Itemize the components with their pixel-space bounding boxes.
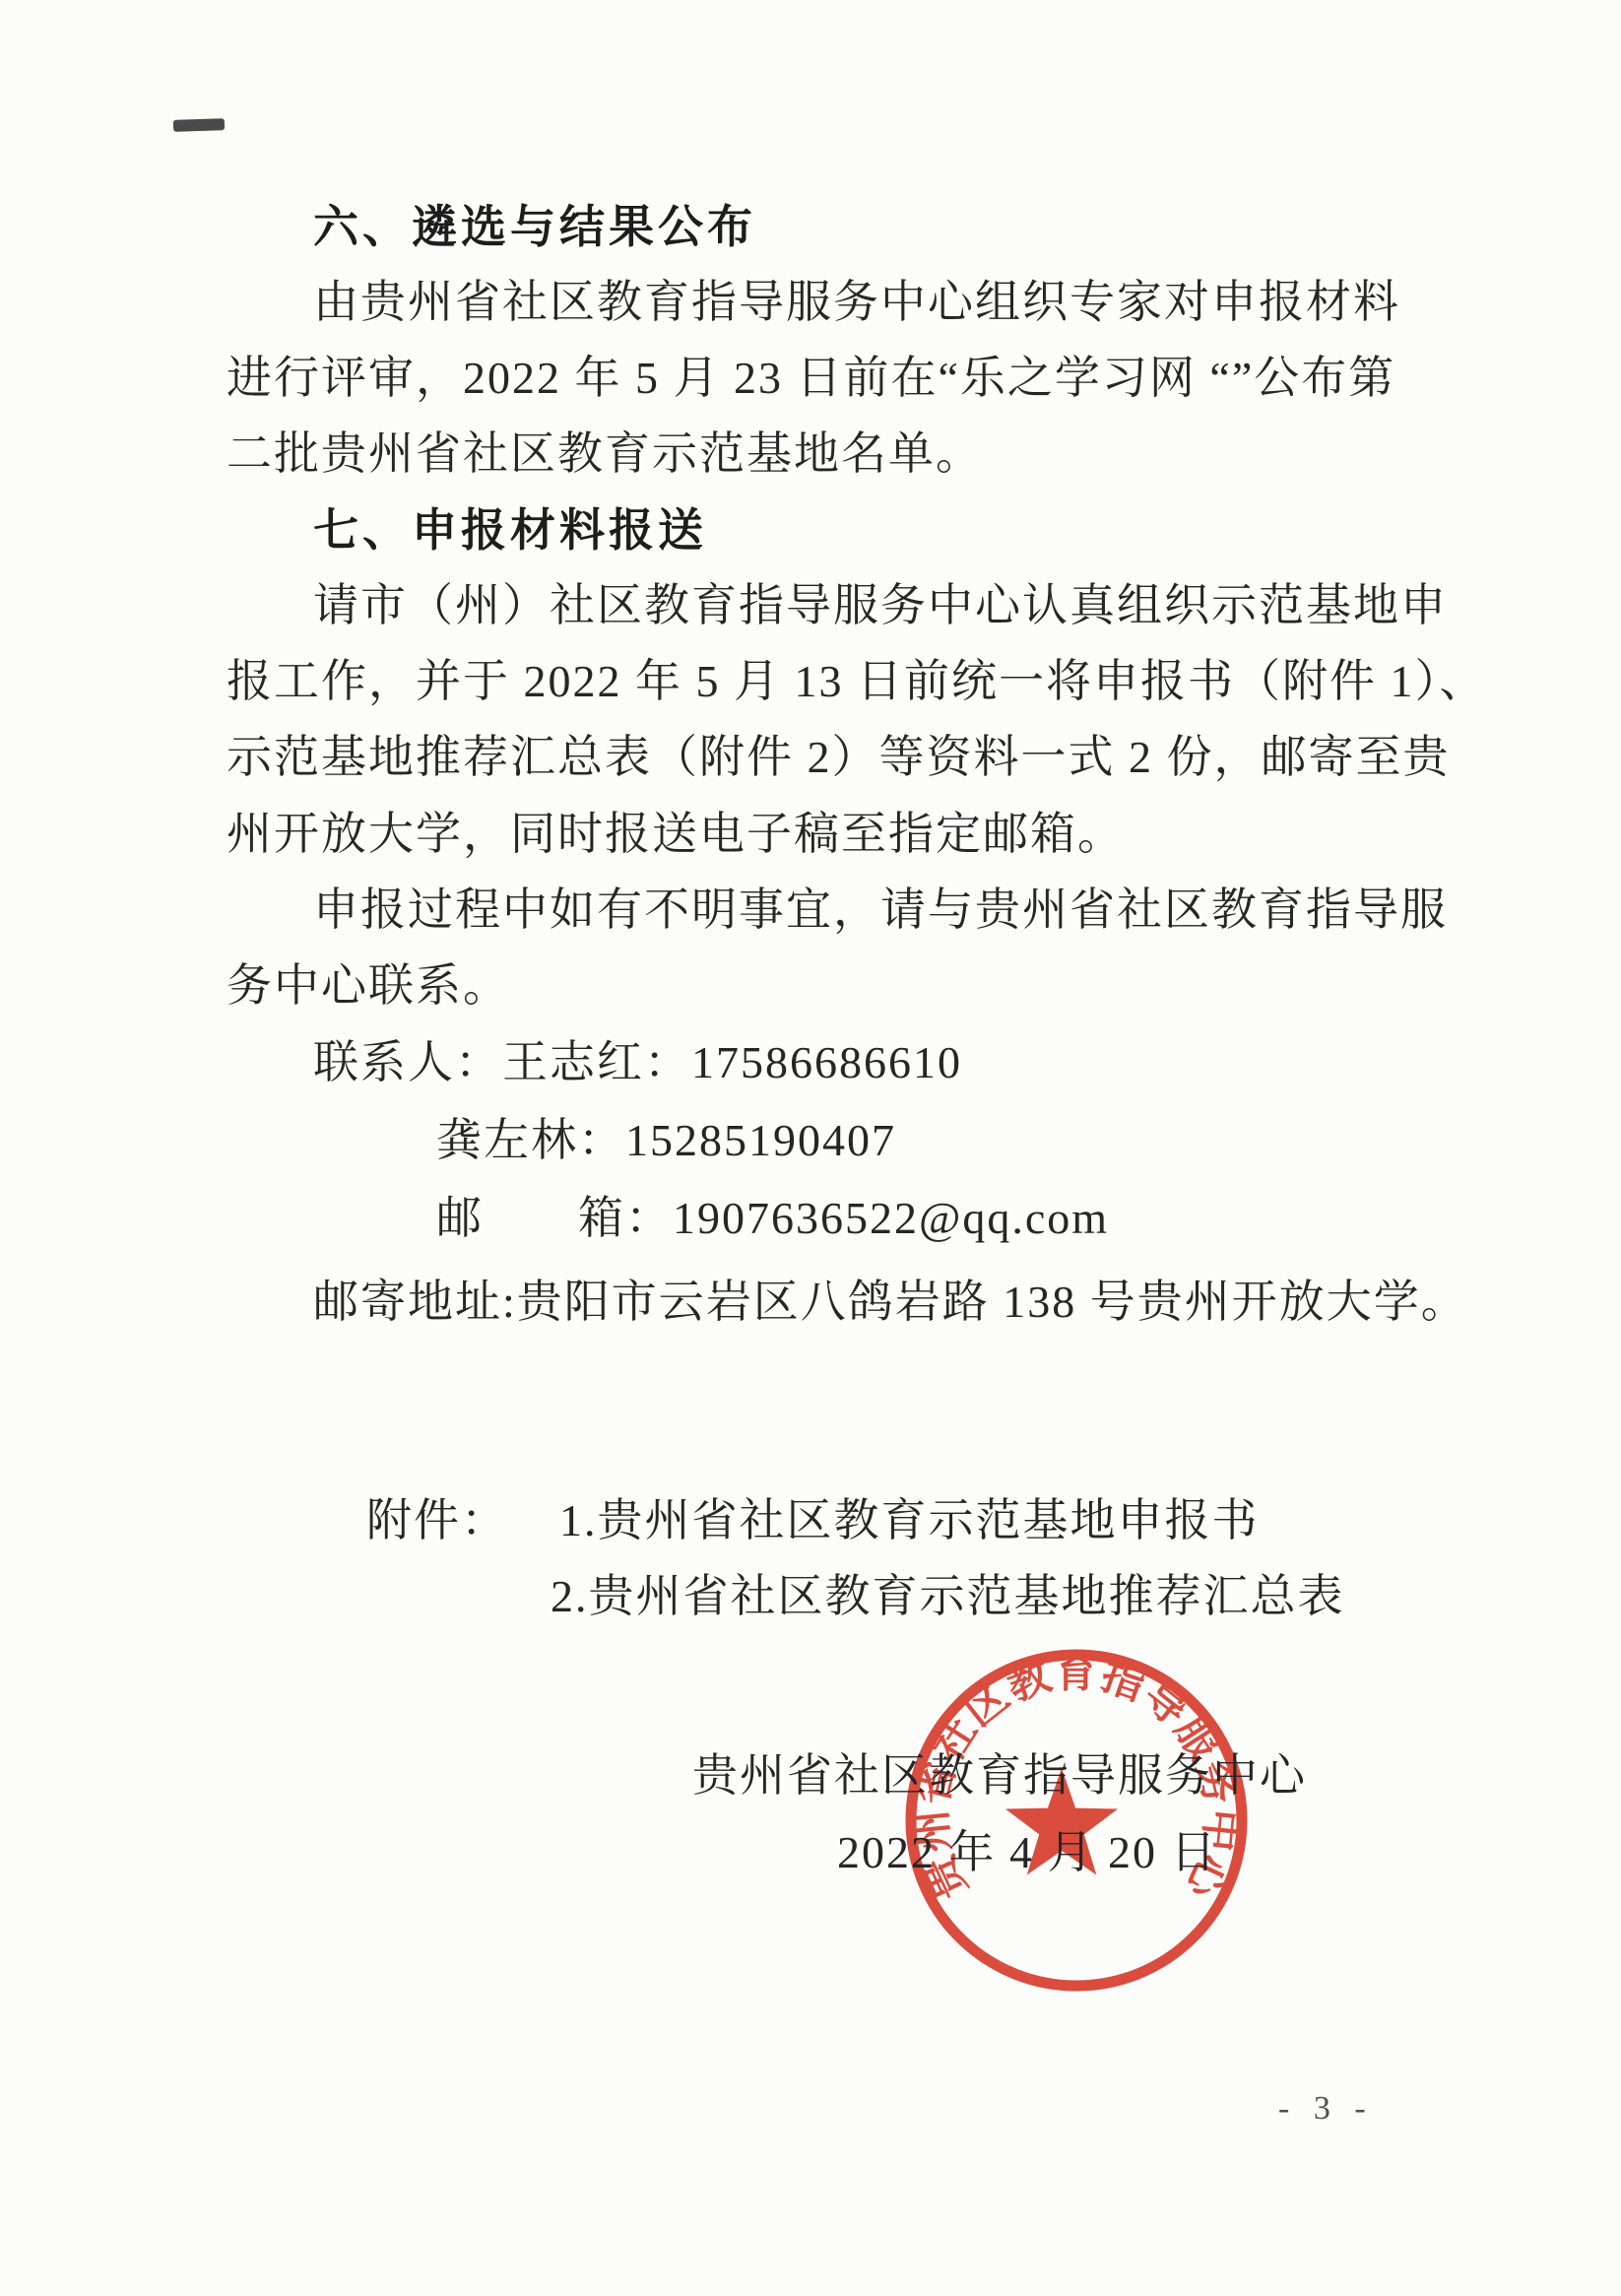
heading-section-7: 七、申报材料报送 (313, 499, 707, 560)
attachments-line-2: 2.贵州省社区教育示范基地推荐汇总表 (497, 1505, 1345, 1688)
body-line: 请市（州）社区教育指导服务中心认真组织示范基地申 (313, 575, 1448, 636)
body-line: 州开放大学，同时报送电子稿至指定邮箱。 (227, 804, 1125, 865)
scan-artifact (173, 118, 225, 132)
attachments-label: 附件： (366, 1495, 508, 1545)
mailing-address-line: 邮寄地址:贵阳市云岩区八鸽岩路 138 号贵州开放大学。 (313, 1272, 1468, 1333)
signature-date: 2022 年 4 月 20 日 (837, 1822, 1218, 1883)
page-number: - 3 - (1278, 2090, 1374, 2128)
body-line: 二批贵州省社区教育示范基地名单。 (227, 424, 983, 485)
contact-line-email: 邮 箱：1907636522@qq.com (436, 1188, 1109, 1249)
body-line: 由贵州省社区教育指导服务中心组织专家对申报材料 (313, 272, 1400, 333)
signature-org: 贵州省社区教育指导服务中心 (692, 1745, 1307, 1806)
contact-line-gong: 龚左林：15285190407 (436, 1110, 896, 1171)
body-line: 进行评审，2022 年 5 月 23 日前在“乐之学习网 “”公布第 (227, 348, 1395, 409)
body-line: 示范基地推荐汇总表（附件 2）等资料一式 2 份，邮寄至贵 (227, 727, 1451, 788)
contact-line-wang: 联系人：王志红：17586686610 (313, 1032, 962, 1093)
body-line: 务中心联系。 (227, 955, 510, 1017)
document-page: 六、遴选与结果公布 由贵州省社区教育指导服务中心组织专家对申报材料 进行评审，2… (0, 0, 1621, 2296)
body-line: 申报过程中如有不明事宜，请与贵州省社区教育指导服 (313, 880, 1448, 941)
heading-section-6: 六、遴选与结果公布 (313, 196, 756, 257)
attachment-item: 2.贵州省社区教育示范基地推荐汇总表 (551, 1571, 1345, 1621)
body-line: 报工作，并于 2022 年 5 月 13 日前统一将申报书（附件 1）、 (227, 651, 1487, 712)
